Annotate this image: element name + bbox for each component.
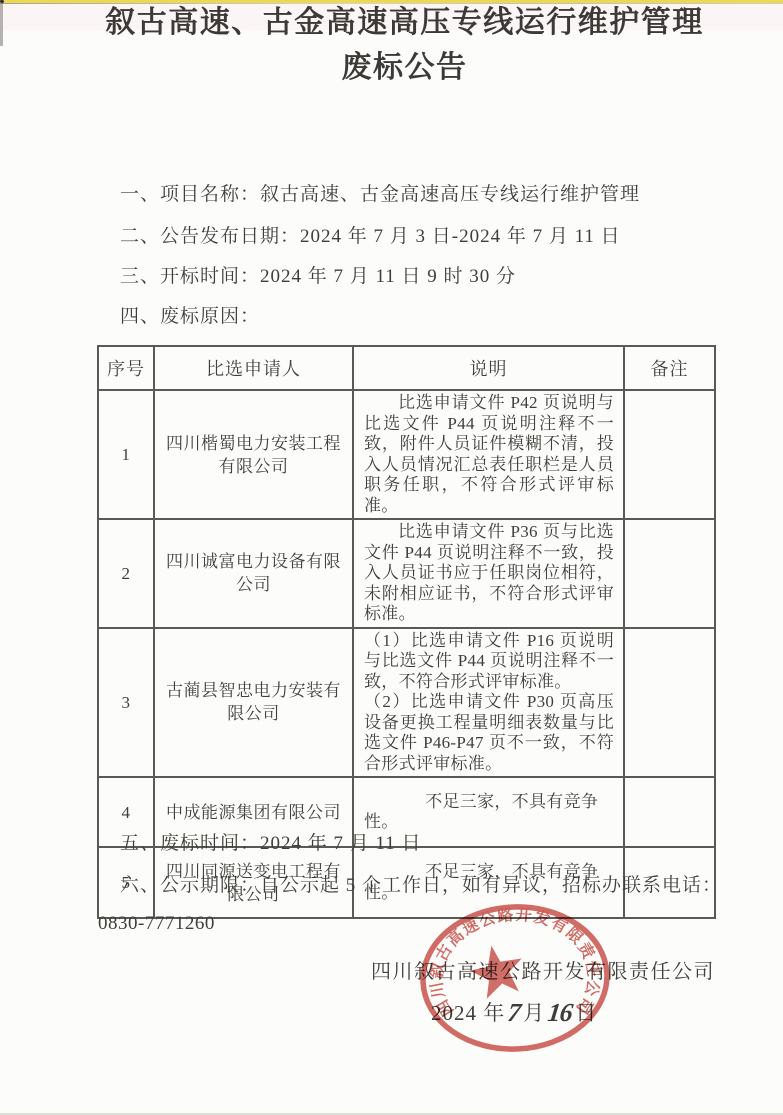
item-bid-opening-time: 三、开标时间：2024 年 7 月 11 日 9 时 30 分 [120,265,516,288]
document-title-line2: 废标公告 [26,45,783,90]
table-row: 3 古蔺县智忠电力安装有限公司 （1）比选申请文件 P16 页说明与比选文件 P… [98,628,715,778]
row-explanation-cell: （1）比选申请文件 P16 页说明与比选文件 P44 页说明注释不一致，不符合形… [353,628,624,778]
seal-ring [419,902,610,1053]
row-seq: 3 [98,628,154,778]
col-header-explanation: 说明 [353,346,624,390]
row-remark [624,519,715,628]
row-applicant: 四川楷蜀电力安装工程有限公司 [154,390,353,519]
col-header-remark: 备注 [624,346,715,390]
seal-star-icon [469,944,524,999]
item-publicity-period: 六、公示期限：自公示起 5 个工作日，如有异议，招标办联系电话： [120,874,722,897]
row-remark [624,628,715,778]
item-rejection-time: 五、废标时间：2024 年 7 月 11 日 [120,832,422,855]
row-explanation-cell: 比选申请文件 P42 页说明与比选文件 P44 页说明注释不一致，附件人员证件模… [353,390,624,519]
item-project-name: 一、项目名称：叙古高速、古金高速高压专线运行维护管理 [120,183,640,206]
row-seq: 1 [98,390,154,519]
row-remark [624,390,715,519]
official-seal: 四川叙古高速公路开发有限责任公司 [414,898,616,1058]
table-header-row: 序号 比选申请人 说明 备注 [98,346,715,390]
col-header-applicant: 比选申请人 [154,346,353,390]
document-title-line1: 叙古高速、古金高速高压专线运行维护管理 [26,0,783,45]
row-explanation: 比选申请文件 P36 页与比选文件 P44 页说明注释不一致，投入人员证书应于任… [364,522,614,625]
row-explanation: （2）比选申请文件 P30 页高压设备更换工程量明细表数量与比选文件 P46-P… [364,692,614,774]
row-explanation: （1）比选申请文件 P16 页说明与比选文件 P44 页说明注释不一致，不符合形… [364,631,614,693]
contact-phone: 0830-7771260 [98,913,215,935]
document-title: 叙古高速、古金高速高压专线运行维护管理 废标公告 [0,0,783,90]
item-rejection-reason-heading: 四、废标原因： [120,305,260,328]
col-header-seq: 序号 [98,346,154,390]
row-seq: 2 [98,519,154,628]
scanned-document-page: 叙古高速、古金高速高压专线运行维护管理 废标公告 一、项目名称：叙古高速、古金高… [0,0,783,1115]
row-applicant: 四川诚富电力设备有限公司 [154,519,353,628]
row-remark [624,777,715,847]
row-explanation: 不足三家，不具有竞争性。 [364,792,614,833]
item-announcement-dates: 二、公告发布日期：2024 年 7 月 3 日-2024 年 7 月 11 日 [120,225,621,248]
row-applicant: 古蔺县智忠电力安装有限公司 [154,628,353,778]
row-explanation: 比选申请文件 P42 页说明与比选文件 P44 页说明注释不一致，附件人员证件模… [364,393,614,516]
row-explanation-cell: 比选申请文件 P36 页与比选文件 P44 页说明注释不一致，投入人员证书应于任… [353,519,624,628]
table-row: 1 四川楷蜀电力安装工程有限公司 比选申请文件 P42 页说明与比选文件 P44… [98,390,715,519]
table-row: 2 四川诚富电力设备有限公司 比选申请文件 P36 页与比选文件 P44 页说明… [98,519,715,628]
